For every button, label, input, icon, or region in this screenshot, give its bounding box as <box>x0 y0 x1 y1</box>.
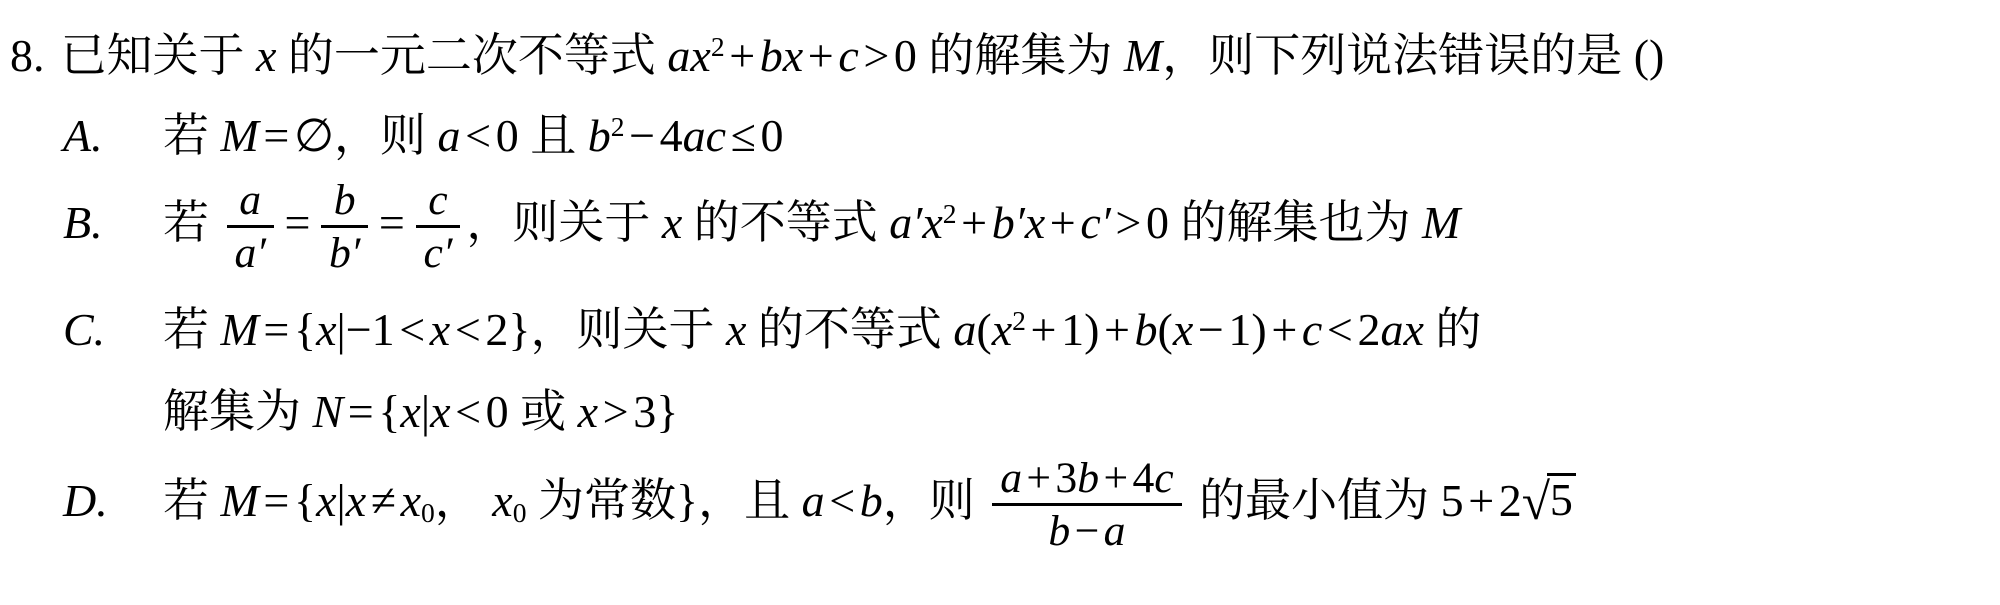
square-root: √5 <box>1522 473 1576 529</box>
fraction: aa′ <box>227 178 274 276</box>
math-operator: + <box>1271 304 1297 355</box>
math-operator: − <box>629 110 655 161</box>
math-variable: M <box>221 475 259 526</box>
math-operator: + <box>961 197 987 248</box>
math-number: 4 <box>660 110 683 161</box>
subscript: 0 <box>421 497 435 528</box>
math-variable: c <box>838 30 858 81</box>
math-variable: x <box>430 386 450 437</box>
math-variable: a <box>1104 507 1126 555</box>
option-row-a: A.若 M=∅，则 a<0 且 b2−4ac≤0 <box>63 108 2000 164</box>
math-number: 2 <box>485 304 508 355</box>
option-d-label: D. <box>63 473 163 529</box>
math-variable: x <box>316 475 336 526</box>
math-number: 3 <box>1055 454 1077 502</box>
math-number: 3 <box>633 386 656 437</box>
option-c-content-line-2: 解集为 N={x|x<0 或 x>3} <box>163 384 2000 440</box>
math-variable: ac <box>683 110 726 161</box>
fraction-numerator: b <box>321 178 368 225</box>
cjk-text: ， <box>435 475 493 526</box>
cjk-text: 且 <box>519 110 588 161</box>
math-number: | <box>336 304 345 355</box>
radical-sign: √ <box>1522 477 1550 529</box>
cjk-text: 的解集为 <box>917 30 1124 81</box>
cjk-text: 解集为 <box>163 386 313 437</box>
cjk-text: 的不等式 <box>746 304 953 355</box>
option-c-content-line-1: 若 M={x|−1<x<2}，则关于 x 的不等式 a(x2+1)+b(x−1)… <box>163 304 1481 355</box>
math-variable: b <box>860 475 883 526</box>
math-variable: a <box>239 176 261 224</box>
math-variable: a <box>802 475 825 526</box>
math-number: { <box>294 304 316 355</box>
math-number: 2 <box>1357 304 1380 355</box>
math-variable: b′x <box>992 197 1045 248</box>
math-operator: − <box>1198 304 1224 355</box>
math-variable: a <box>953 304 976 355</box>
cjk-text: 为常数 <box>527 475 677 526</box>
option-c-label: C. <box>63 302 163 358</box>
math-number: 0 <box>496 110 519 161</box>
question-stem: 已知关于 x 的一元二次不等式 ax2+bx+c>0 的解集为 M，则下列说法错… <box>61 30 1665 81</box>
math-operator: = <box>263 110 289 161</box>
math-variable: M <box>1124 30 1162 81</box>
math-number: () <box>1634 30 1665 81</box>
math-operator: < <box>1327 304 1353 355</box>
fraction-denominator: b′ <box>321 225 368 276</box>
math-variable: b <box>1048 507 1070 555</box>
cjk-text: ，则 <box>883 475 987 526</box>
math-variable: b <box>588 110 611 161</box>
fraction-numerator: a+3b+4c <box>992 456 1181 503</box>
math-number: | <box>336 475 345 526</box>
math-variable: bx <box>760 30 803 81</box>
cjk-text: 已知关于 <box>61 30 257 81</box>
math-variable: x <box>401 475 421 526</box>
cjk-text: ，则关于 <box>530 304 726 355</box>
math-variable: M <box>1422 197 1460 248</box>
superscript: 2 <box>711 31 725 62</box>
math-variable: c′ <box>1080 197 1110 248</box>
math-variable: x <box>400 386 420 437</box>
math-variable: x <box>726 304 746 355</box>
math-variable: a <box>438 110 461 161</box>
option-c-line-1-row: C.若 M={x|−1<x<2}，则关于 x 的不等式 a(x2+1)+b(x−… <box>63 302 2000 358</box>
math-operator: < <box>829 475 855 526</box>
math-operator: + <box>1103 454 1128 502</box>
math-variable: M <box>221 110 259 161</box>
math-variable: a′ <box>234 229 265 277</box>
cjk-text: ，则 <box>334 110 438 161</box>
cjk-text: 的 <box>1424 304 1482 355</box>
math-operator: + <box>1468 475 1494 526</box>
math-variable: ax <box>667 30 710 81</box>
math-variable: c′ <box>423 229 452 277</box>
math-number: ( <box>1158 304 1173 355</box>
cjk-text: ，则下列说法错误的是 <box>1162 30 1634 81</box>
cjk-text: 若 <box>163 197 221 248</box>
option-row-d: D.若 M={x|x≠x0， x0 为常数}，且 a<b，则 a+3b+4cb−… <box>63 456 2000 554</box>
cjk-text: 的最小值为 <box>1188 475 1441 526</box>
math-number: −1 <box>346 304 395 355</box>
math-number: 4 <box>1132 454 1154 502</box>
math-number: } <box>676 475 698 526</box>
math-operator: < <box>455 304 481 355</box>
cjk-text: 若 <box>163 475 221 526</box>
math-variable: c <box>428 176 447 224</box>
math-operator: > <box>1115 197 1141 248</box>
math-variable: x <box>256 30 276 81</box>
math-operator: < <box>399 304 425 355</box>
math-operator: = <box>348 386 374 437</box>
math-number: 1) <box>1061 304 1099 355</box>
math-number: 2 <box>1499 475 1522 526</box>
math-operator: + <box>1050 197 1076 248</box>
superscript: 2 <box>943 198 957 229</box>
math-operator: + <box>729 30 755 81</box>
math-operator: + <box>808 30 834 81</box>
radicand: 5 <box>1547 473 1576 524</box>
math-variable: b′ <box>329 229 360 277</box>
math-operator: = <box>284 197 310 248</box>
math-number: 5 <box>1441 475 1464 526</box>
math-number: 0 <box>1146 197 1169 248</box>
math-number: 0 <box>894 30 917 81</box>
option-d-content: 若 M={x|x≠x0， x0 为常数}，且 a<b，则 a+3b+4cb−a … <box>163 475 1576 526</box>
math-operator: < <box>455 386 481 437</box>
math-variable: x <box>662 197 682 248</box>
math-variable: x <box>1173 304 1193 355</box>
math-operator: + <box>1104 304 1130 355</box>
math-operator: ≤ <box>731 110 756 161</box>
math-operator: > <box>863 30 889 81</box>
math-variable: c <box>1302 304 1322 355</box>
math-operator: ≠ <box>371 475 396 526</box>
math-number: 0 <box>760 110 783 161</box>
math-number: { <box>378 386 400 437</box>
cjk-text: ，且 <box>698 475 802 526</box>
math-operator: = <box>263 304 289 355</box>
math-operator: + <box>1026 454 1051 502</box>
math-number: 1) <box>1228 304 1266 355</box>
math-variable: N <box>313 386 344 437</box>
fraction-numerator: c <box>416 178 461 225</box>
math-number: ( <box>976 304 991 355</box>
math-variable: x <box>492 475 512 526</box>
cjk-text: 的解集也为 <box>1169 197 1422 248</box>
math-variable: x <box>992 304 1012 355</box>
math-variable: x <box>578 386 598 437</box>
math-variable: x <box>346 475 366 526</box>
math-variable: M <box>221 304 259 355</box>
superscript: 2 <box>611 111 625 142</box>
math-number: ∅ <box>294 110 334 161</box>
math-operator: < <box>465 110 491 161</box>
option-row-b: B.若 aa′=bb′=cc′，则关于 x 的不等式 a′x2+b′x+c′>0… <box>63 178 2000 276</box>
fraction-denominator: c′ <box>416 225 461 276</box>
subscript: 0 <box>513 497 527 528</box>
math-variable: b <box>1077 454 1099 502</box>
fraction: bb′ <box>321 178 368 276</box>
cjk-text: 若 <box>163 110 221 161</box>
option-b-content: 若 aa′=bb′=cc′，则关于 x 的不等式 a′x2+b′x+c′>0 的… <box>163 197 1460 248</box>
math-variable: a <box>1000 454 1022 502</box>
superscript: 2 <box>1012 305 1026 336</box>
fraction-denominator: b−a <box>992 503 1181 554</box>
math-variable: x <box>430 304 450 355</box>
option-a-label: A. <box>63 108 163 164</box>
option-row-c: C.若 M={x|−1<x<2}，则关于 x 的不等式 a(x2+1)+b(x−… <box>63 302 2000 440</box>
cjk-text: 或 <box>509 386 578 437</box>
math-number: } <box>656 386 678 437</box>
math-variable: b <box>334 176 356 224</box>
cjk-text: 的一元二次不等式 <box>276 30 667 81</box>
math-variable: ax <box>1380 304 1423 355</box>
math-operator: = <box>263 475 289 526</box>
cjk-text: 若 <box>163 304 221 355</box>
math-number: } <box>508 304 530 355</box>
question-number: 8. <box>10 28 45 84</box>
math-variable: a′x <box>889 197 942 248</box>
fraction: a+3b+4cb−a <box>992 456 1181 554</box>
cjk-text: 的不等式 <box>682 197 889 248</box>
math-operator: − <box>1075 507 1100 555</box>
math-operator: + <box>1031 304 1057 355</box>
option-b-label: B. <box>63 195 163 251</box>
question-row: 8.已知关于 x 的一元二次不等式 ax2+bx+c>0 的解集为 M，则下列说… <box>10 28 2000 84</box>
math-variable: b <box>1135 304 1158 355</box>
math-number: | <box>421 386 430 437</box>
fraction: cc′ <box>416 178 461 276</box>
math-number: { <box>294 475 316 526</box>
math-problem-page: 8.已知关于 x 的一元二次不等式 ax2+bx+c>0 的解集为 M，则下列说… <box>0 0 2000 554</box>
fraction-denominator: a′ <box>227 225 274 276</box>
math-variable: x <box>316 304 336 355</box>
cjk-text: ，则关于 <box>466 197 662 248</box>
math-number: 0 <box>486 386 509 437</box>
math-variable: c <box>1154 454 1173 502</box>
fraction-numerator: a <box>227 178 274 225</box>
option-a-content: 若 M=∅，则 a<0 且 b2−4ac≤0 <box>163 110 783 161</box>
math-operator: = <box>379 197 405 248</box>
math-operator: > <box>603 386 629 437</box>
